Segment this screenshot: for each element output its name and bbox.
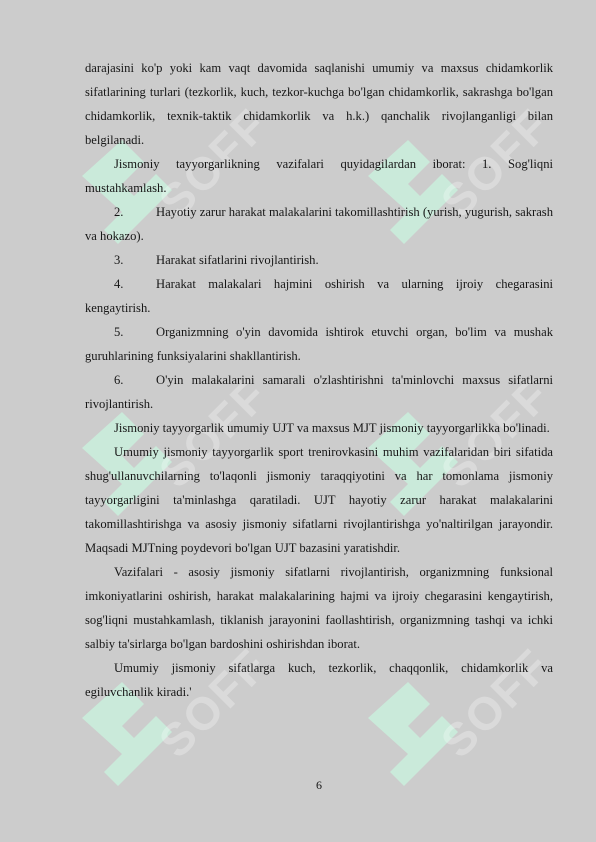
list-number: 6. — [114, 368, 156, 392]
list-number: 4. — [114, 272, 156, 296]
paragraph: Umumiy jismoniy tayyorgarlik sport treni… — [85, 440, 553, 560]
list-text: Hayotiy zarur harakat malakalarini takom… — [85, 205, 553, 243]
list-item: 5.Organizmning o'yin davomida ishtirok e… — [85, 320, 553, 368]
paragraph: Jismoniy tayyorgarlik umumiy UJT va maxs… — [85, 416, 553, 440]
page-body: darajasini ko'p yoki kam vaqt davomida s… — [85, 56, 553, 704]
page-number: 6 — [0, 778, 596, 793]
list-item: 3.Harakat sifatlarini rivojlantirish. — [85, 248, 553, 272]
list-text: Harakat malakalari hajmini oshirish va u… — [85, 277, 553, 315]
list-item: 4.Harakat malakalari hajmini oshirish va… — [85, 272, 553, 320]
list-text: Organizmning o'yin davomida ishtirok etu… — [85, 325, 553, 363]
list-item: 2.Hayotiy zarur harakat malakalarini tak… — [85, 200, 553, 248]
list-number: 5. — [114, 320, 156, 344]
paragraph: Umumiy jismoniy sifatlarga kuch, tezkorl… — [85, 656, 553, 704]
list-item: 6.O'yin malakalarini samarali o'zlashtir… — [85, 368, 553, 416]
list-text: Harakat sifatlarini rivojlantirish. — [156, 253, 319, 267]
list-number: 2. — [114, 200, 156, 224]
paragraph-continuation: darajasini ko'p yoki kam vaqt davomida s… — [85, 56, 553, 152]
paragraph-tasks-intro: Jismoniy tayyorgarlikning vazifalari quy… — [85, 152, 553, 200]
paragraph: Vazifalari - asosiy jismoniy sifatlarni … — [85, 560, 553, 656]
list-number: 3. — [114, 248, 156, 272]
list-text: O'yin malakalarini samarali o'zlashtiris… — [85, 373, 553, 411]
